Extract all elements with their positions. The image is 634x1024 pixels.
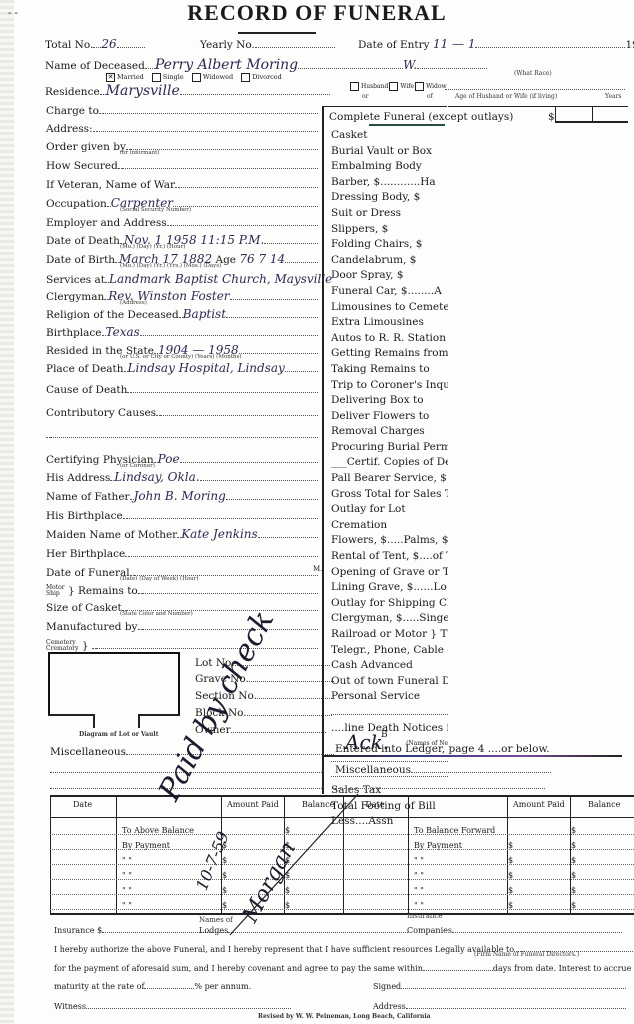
charge-item[interactable]: Out of town Funeral Dir (331, 674, 448, 690)
charge-item[interactable]: Cash Advanced (331, 658, 448, 674)
amount-col-divider-1 (555, 106, 556, 122)
yearly-no-value[interactable] (255, 37, 335, 48)
amount-dollar: $ (508, 871, 513, 880)
funeral-time-suffix: M. (313, 562, 322, 576)
form-credit: Revised by W. W. Peineman, Long Beach, C… (258, 1013, 431, 1020)
charge-item[interactable]: Door Spray, $ (331, 268, 448, 284)
ledger-header: Date (73, 800, 92, 809)
field-label: Remains to (78, 585, 138, 597)
owner-value[interactable] (231, 722, 326, 733)
left-misc-value[interactable] (126, 744, 334, 755)
widowed-checkbox[interactable] (192, 73, 201, 82)
charge-item[interactable]: Getting Remains from (331, 346, 448, 362)
field-label: Name of Father (46, 491, 130, 503)
field-caption: (State Color and Number) (120, 611, 193, 617)
yearly-no-field: Yearly No. (200, 37, 335, 52)
charge-item[interactable]: Burial Vault or Box (331, 144, 448, 160)
interest-rate-value[interactable] (144, 981, 194, 989)
title-underline (238, 32, 316, 34)
lot-diagram-box (48, 652, 180, 716)
ledger-initial-annotation: Ack. (345, 730, 389, 754)
field-label: His Address (46, 472, 110, 484)
left-field-row: Maiden Name of MotherKate Jenkins (46, 527, 318, 542)
lot-diagram-base-right (138, 714, 180, 716)
amount-col-divider-2 (592, 106, 593, 122)
husband-checkbox[interactable] (350, 82, 359, 91)
field-value[interactable]: Lindsay Hospital, Lindsay (128, 361, 285, 375)
field-label: Place of Death (46, 363, 124, 375)
field-value[interactable]: Landmark Baptist Church, Maysville (109, 272, 332, 286)
divorced-checkbox[interactable] (241, 73, 250, 82)
companies-label-top: Insurance (407, 912, 442, 920)
total-no-field: Total No.26 (45, 37, 145, 52)
charge-item[interactable]: Removal Charges (331, 424, 448, 440)
field-label: Cause of Death (46, 384, 127, 396)
charge-item[interactable]: ___Certif. Copies of Death (331, 455, 448, 471)
left-field-row: Services atLandmark Baptist Church, Mays… (46, 272, 332, 287)
lot-diagram-base-left (48, 714, 94, 716)
amount-underline (555, 121, 628, 123)
field-label: Address: (46, 123, 93, 135)
field-caption: (or U.S. or City or County) (Years) (Mon… (120, 354, 242, 360)
balance-dollar: $ (571, 871, 576, 880)
charge-item[interactable]: Pall Bearer Service, $ (331, 471, 448, 487)
left-field-row: If Veteran, Name of War (46, 177, 318, 192)
block-no-value[interactable] (247, 705, 332, 716)
field-label: Size of Casket (46, 602, 122, 614)
charge-item[interactable]: Flowers, $.....Palms, $ (331, 533, 448, 549)
race-value[interactable]: W. (403, 58, 417, 72)
ledger-entry-rule (322, 755, 622, 757)
age-spouse-caption: Age of Husband or Wife (if living) (455, 93, 557, 100)
total-no-value[interactable]: 26 (101, 37, 116, 51)
signer-address-value[interactable] (406, 1001, 626, 1009)
address-signer-field: Address (373, 1000, 626, 1014)
field-label: Birthplace (46, 327, 102, 339)
balance-dollar: $ (571, 886, 576, 895)
field-label: Date of Birth (46, 254, 115, 266)
field-label: How Secured (46, 160, 118, 172)
left-field-row: Cause of Death (46, 382, 318, 397)
left-field-row: Her Birthplace (46, 546, 318, 561)
field-label: If Veteran, Name of War (46, 179, 175, 191)
ledger-entry-line[interactable] (343, 894, 634, 895)
married-checkbox[interactable]: ✕ (106, 73, 115, 82)
left-field-row: How Secured (46, 158, 318, 173)
date-of-entry-field: Date of Entry 11 — 11959 (358, 37, 634, 52)
witness-field: Witness (54, 1000, 291, 1014)
race-caption: (What Race) (514, 70, 552, 77)
ledger-header: Amount Paid (513, 800, 565, 809)
charge-item[interactable]: Delivering Box to (331, 393, 448, 409)
ledger-header: Date (366, 800, 385, 809)
charge-item[interactable]: Procuring Burial Permit (331, 440, 448, 456)
ledger-entry-line[interactable] (343, 834, 634, 835)
charges-panel-left-border (322, 106, 324, 794)
header-underline (369, 124, 445, 126)
ledger-header-rule (343, 817, 634, 818)
residence-field: ResidenceMarysville (45, 84, 330, 99)
left-field-row: BirthplaceTexas (46, 325, 318, 340)
left-field-row: MotorShip } Remains to (46, 583, 318, 598)
spouse-age-line[interactable] (445, 89, 625, 90)
charge-item[interactable]: Deliver Flowers to (331, 409, 448, 425)
left-field-row: ClergymanRev. Winston Foster (46, 289, 318, 304)
amount-dollar: $ (508, 886, 513, 895)
charge-item[interactable]: Lining Grave, $......Lo (331, 580, 448, 596)
field-caption: (Social Security Number) (120, 207, 191, 213)
field-label: Manufactured by (46, 621, 138, 633)
signed-value[interactable] (401, 981, 626, 989)
lot-no-field: Lot No. (195, 655, 330, 670)
field-value[interactable]: Texas (106, 325, 140, 339)
companies-value[interactable] (452, 925, 622, 933)
wife-checkbox[interactable] (389, 82, 398, 91)
scan-edge (0, 0, 14, 1024)
left-field-row: Contributory Causes (46, 405, 318, 420)
field-caption: (Date) (Day of Week) (Hour) (120, 576, 199, 582)
field-caption: (Mo.) (Day) (Yr.) (Yrs.) (Mos.) (Days) (120, 263, 221, 269)
charge-item[interactable]: Opening of Grave or Tom (331, 565, 448, 581)
lot-diagram-caption: Diagram of Lot or Vault (79, 731, 158, 738)
amount-dollar: $ (508, 841, 513, 850)
field-value[interactable]: Baptist (183, 307, 226, 321)
spouse-or: or (362, 93, 368, 100)
ledger-entry-line[interactable] (343, 909, 634, 910)
amount-dollar: $ (508, 856, 513, 865)
charge-item[interactable]: Outlay for Lot (331, 502, 448, 518)
charges-panel-top-border (322, 106, 628, 107)
field-label: Order given by (46, 141, 126, 153)
right-misc-value[interactable] (411, 762, 551, 773)
field-label: Occupation (46, 198, 107, 210)
residence-value[interactable]: Marysville (106, 83, 180, 99)
marital-status-group: ✕Married Single Widowed Divorced (100, 70, 282, 84)
signed-field: Signed (373, 980, 626, 994)
right-misc-value-2[interactable] (335, 778, 545, 789)
field-caption: (or Coroner) (120, 463, 155, 469)
charge-item[interactable]: Taking Remains to (331, 362, 448, 378)
ledger-col-rule (507, 796, 508, 914)
left-field-row: CemeteryCrematory } (46, 638, 318, 653)
charge-item[interactable]: Outlay for Shipping Char (331, 596, 448, 612)
lot-diagram-gate-right (138, 714, 140, 728)
left-field-row: Certifying PhysicianPoe (46, 452, 318, 467)
left-field-row (46, 427, 318, 442)
interest-rate-field: maturity at the rate of% per annum. (54, 980, 251, 994)
funeral-record-page: - - RECORD OF FUNERAL Total No.26 Yearly… (0, 0, 634, 1024)
charge-item[interactable]: Telegr., Phone, Cable or R (331, 643, 448, 659)
field-caption: (or informant) (120, 150, 160, 156)
charge-item[interactable]: Casket (331, 128, 448, 144)
charge-item[interactable]: Railroad or Motor } Tickets, $ (331, 627, 448, 643)
spouse-checkbox-group: HusbandWifeWidow (350, 80, 447, 94)
field-caption: (Mo.) (Day) (Yr.) (Hour) (120, 244, 185, 250)
charge-item[interactable]: Gross Total for Sales Tax (331, 487, 448, 503)
left-field-row: Employer and Address (46, 215, 318, 230)
payment-days-value[interactable] (423, 963, 493, 971)
companies-field: Companies (407, 924, 622, 938)
field-label: Services at (46, 274, 105, 286)
field-label: Employer and Address (46, 217, 167, 229)
right-miscellaneous-field: Miscellaneous (335, 762, 551, 777)
field-value[interactable]: Lindsay, Okla. (114, 470, 199, 484)
witness-value[interactable] (86, 1001, 291, 1009)
field-value[interactable]: John B. Moring (134, 489, 226, 503)
field-caption: (Address) (120, 300, 147, 306)
amount-dollar: $ (508, 901, 513, 910)
field-value[interactable]: Kate Jenkins (181, 527, 258, 541)
ledger-col-rule (50, 796, 51, 914)
field-label: Maiden Name of Mother (46, 529, 177, 541)
left-field-row: Name of FatherJohn B. Moring (46, 489, 318, 504)
lot-diagram-gate-left (93, 714, 95, 728)
field-label: Charge to (46, 105, 99, 117)
ledger-col-rule (408, 796, 409, 914)
left-field-row: Religion of the DeceasedBaptist (46, 307, 318, 322)
left-field-row: Place of DeathLindsay Hospital, Lindsay (46, 361, 318, 376)
charge-item[interactable]: Folding Chairs, $ (331, 237, 448, 253)
ledger-col-rule (116, 796, 117, 914)
charge-item[interactable]: Suit or Dress (331, 206, 448, 222)
charge-item[interactable]: Trip to Coroner's Inquest (331, 378, 448, 394)
years-caption: Years (605, 93, 622, 100)
balance-dollar: $ (571, 901, 576, 910)
charge-item[interactable]: Limousines to Cemetery (331, 300, 448, 316)
firm-caption: (Firm Name of Funeral Directors.) (474, 951, 579, 958)
charge-item[interactable]: Personal Service (331, 689, 448, 705)
right-misc-line-2 (335, 778, 545, 793)
section-no-value[interactable] (257, 688, 332, 699)
field-prefix: CemeteryCrematory (46, 640, 79, 652)
ledger-header: Balance (588, 800, 620, 809)
left-field-row: His AddressLindsay, Okla. (46, 470, 318, 485)
balance-dollar: $ (571, 856, 576, 865)
charge-item[interactable]: Dressing Body, $ (331, 190, 448, 206)
balance-dollar: $ (571, 841, 576, 850)
left-field-row: Charge to (46, 103, 318, 118)
field-label: Her Birthplace (46, 548, 125, 560)
single-checkbox[interactable] (152, 73, 161, 82)
charges-dollar-sign: $ (548, 110, 555, 124)
complete-funeral-header: Complete Funeral (except outlays) (329, 110, 513, 124)
age-value[interactable]: 76 7 14 (239, 252, 285, 266)
ledger-entry-line[interactable] (343, 879, 634, 880)
left-field-row: Order given by (46, 139, 318, 154)
charge-item[interactable]: Funeral Car, $........A (331, 284, 448, 300)
payment-covenant: for the payment of aforesaid sum, and I … (54, 962, 634, 976)
ledger-entry-line[interactable] (343, 849, 634, 850)
charge-item[interactable]: Slippers, $ (331, 222, 448, 238)
strike-line (200, 790, 360, 940)
field-label: His Birthplace (46, 510, 123, 522)
left-field-row: His Birthplace (46, 508, 318, 523)
left-field-row: Address: (46, 121, 318, 136)
ledger-col-rule (570, 796, 571, 914)
charge-item[interactable]: Autos to R. R. Station (331, 331, 448, 347)
charge-item[interactable]: Candelabrum, $ (331, 253, 448, 269)
field-label: Date of Death (46, 235, 120, 247)
charge-item[interactable] (331, 705, 448, 721)
widow-checkbox[interactable] (415, 82, 424, 91)
field-label: Clergyman (46, 291, 104, 303)
field-label: Date of Funeral (46, 567, 130, 579)
field-label: Contributory Causes (46, 407, 156, 419)
charge-item[interactable]: Extra Limousines (331, 315, 448, 331)
field-value[interactable]: Poe (158, 452, 180, 466)
charge-item[interactable]: Rental of Tent, $....of T (331, 549, 448, 565)
balance-dollar: $ (571, 826, 576, 835)
charge-item[interactable]: Embalming Body (331, 159, 448, 175)
form-title: RECORD OF FUNERAL (0, 0, 634, 26)
charge-item[interactable]: Barber, $............Ha (331, 175, 448, 191)
ledger-entry-line[interactable] (343, 864, 634, 865)
charges-list: CasketBurial Vault or BoxEmbalming BodyB… (331, 128, 448, 830)
charge-item[interactable]: Clergyman, $.....Singers (331, 611, 448, 627)
spouse-of: of (427, 93, 433, 100)
date-of-entry-value[interactable]: 11 — 1 (433, 37, 476, 51)
field-prefix: MotorShip (46, 585, 65, 597)
field-label: Religion of the Deceased (46, 309, 179, 321)
charge-item[interactable]: Cremation (331, 518, 448, 534)
